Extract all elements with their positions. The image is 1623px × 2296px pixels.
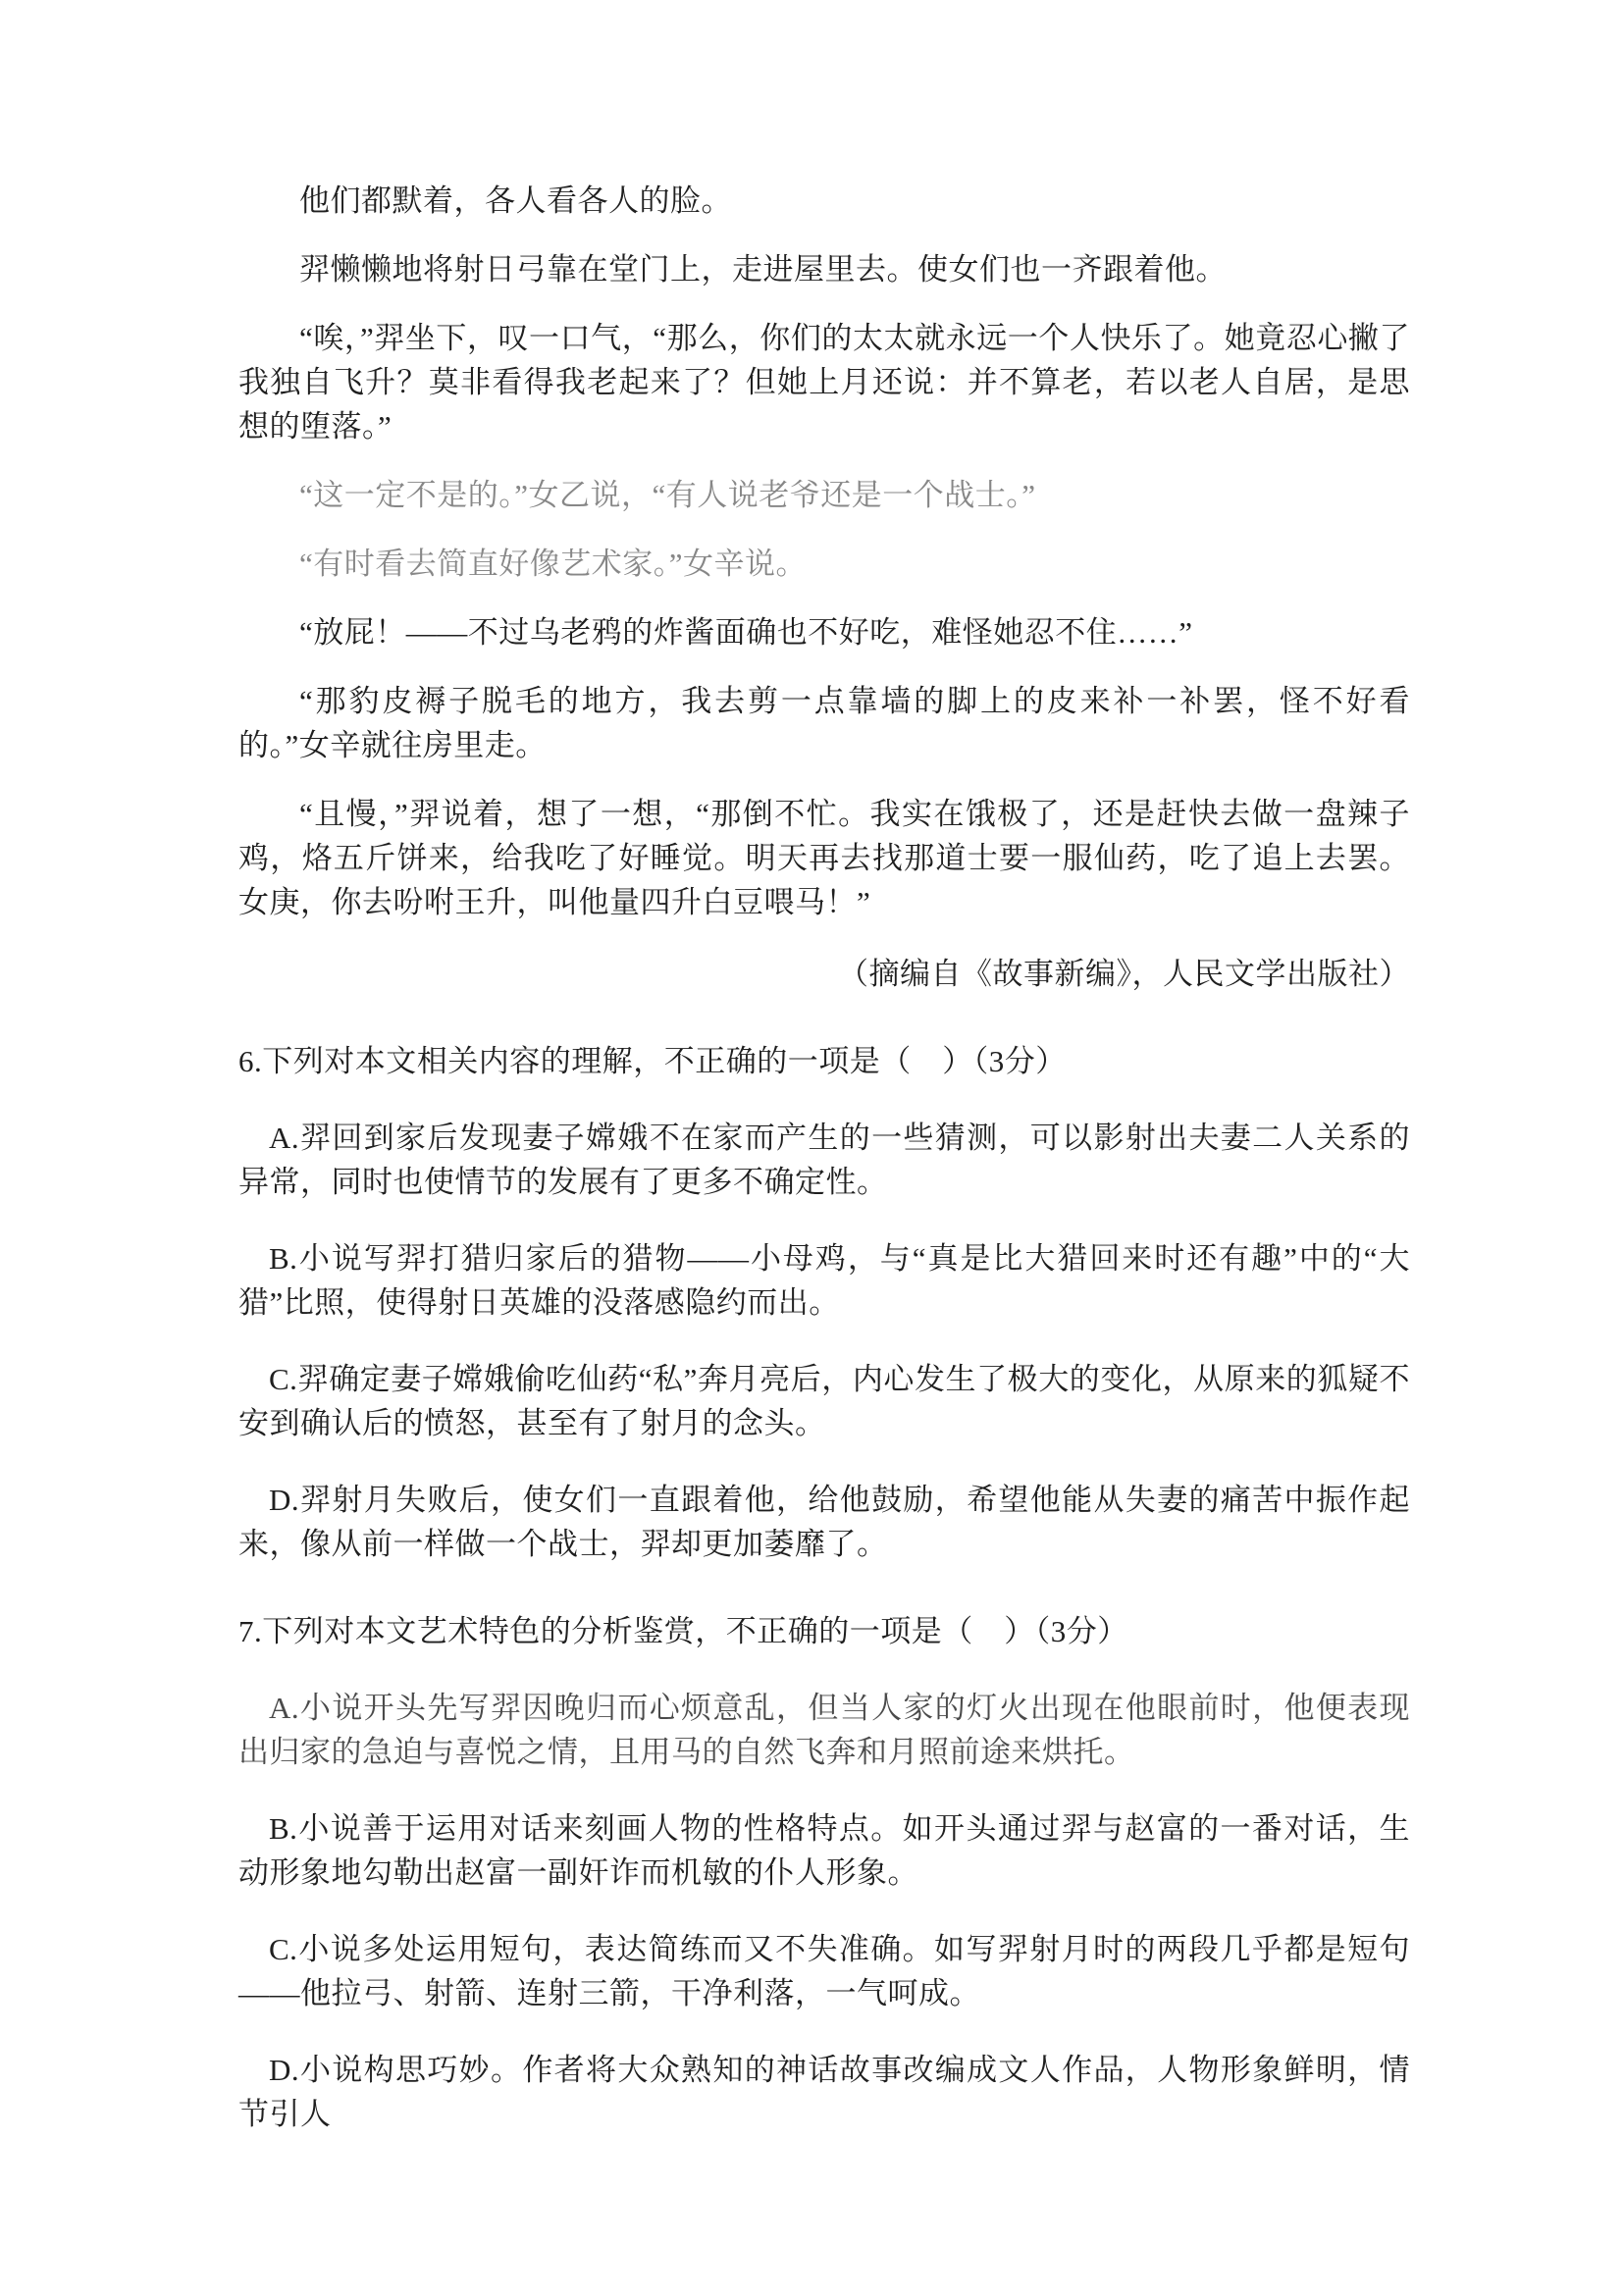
exam-content: 他们都默着，各人看各人的脸。 羿懒懒地将射日弓靠在堂门上，走进屋里去。使女们也一…	[238, 179, 1410, 2136]
question-6-option-a: A.羿回到家后发现妻子嫦娥不在家而产生的一些猜测，可以影射出夫妻二人关系的异常，…	[238, 1116, 1410, 1204]
question-7-option-b: B.小说善于运用对话来刻画人物的性格特点。如开头通过羿与赵富的一番对话，生动形象…	[238, 1806, 1410, 1895]
question-6-option-c: C.羿确定妻子嫦娥偷吃仙药“私”奔月亮后，内心发生了极大的变化，从原来的狐疑不安…	[238, 1357, 1410, 1445]
exam-page: 他们都默着，各人看各人的脸。 羿懒懒地将射日弓靠在堂门上，走进屋里去。使女们也一…	[0, 0, 1623, 2296]
passage-paragraph: “唉，”羿坐下，叹一口气，“那么，你们的太太就永远一个人快乐了。她竟忍心撇了我独…	[238, 316, 1410, 448]
passage-paragraph: “且慢，”羿说着，想了一想，“那倒不忙。我实在饿极了，还是赶快去做一盘辣子鸡，烙…	[238, 792, 1410, 924]
question-6-option-d: D.羿射月失败后，使女们一直跟着他，给他鼓励，希望他能从失妻的痛苦中振作起来，像…	[238, 1478, 1410, 1566]
passage-paragraph: “有时看去简直好像艺术家。”女辛说。	[238, 542, 1410, 586]
passage-paragraph: “那豹皮褥子脱毛的地方，我去剪一点靠墙的脚上的皮来补一补罢，怪不好看的。”女辛就…	[238, 679, 1410, 767]
question-7-option-a: A.小说开头先写羿因晚归而心烦意乱，但当人家的灯火出现在他眼前时，他便表现出归家…	[238, 1686, 1410, 1774]
question-7-option-c: C.小说多处运用短句，表达简练而又不失准确。如写羿射月时的两段几乎都是短句——他…	[238, 1927, 1410, 2015]
question-7-stem: 7.下列对本文艺术特色的分析鉴赏，不正确的一项是（ ）（3分）	[238, 1609, 1410, 1653]
passage-paragraph: “这一定不是的。”女乙说，“有人说老爷还是一个战士。”	[238, 473, 1410, 517]
passage-attribution: （摘编自《故事新编》，人民文学出版社）	[238, 952, 1410, 996]
question-7-option-d: D.小说构思巧妙。作者将大众熟知的神话故事改编成文人作品，人物形象鲜明，情节引人	[238, 2048, 1410, 2136]
passage-paragraph: 羿懒懒地将射日弓靠在堂门上，走进屋里去。使女们也一齐跟着他。	[238, 247, 1410, 291]
passage-paragraph: “放屁！——不过乌老鸦的炸酱面确也不好吃，难怪她忍不住……”	[238, 610, 1410, 654]
question-6-stem: 6.下列对本文相关内容的理解，不正确的一项是（ ）（3分）	[238, 1039, 1410, 1083]
question-6-option-b: B.小说写羿打猎归家后的猎物——小母鸡，与“真是比大猎回来时还有趣”中的“大猎”…	[238, 1236, 1410, 1325]
passage-paragraph: 他们都默着，各人看各人的脸。	[238, 179, 1410, 223]
